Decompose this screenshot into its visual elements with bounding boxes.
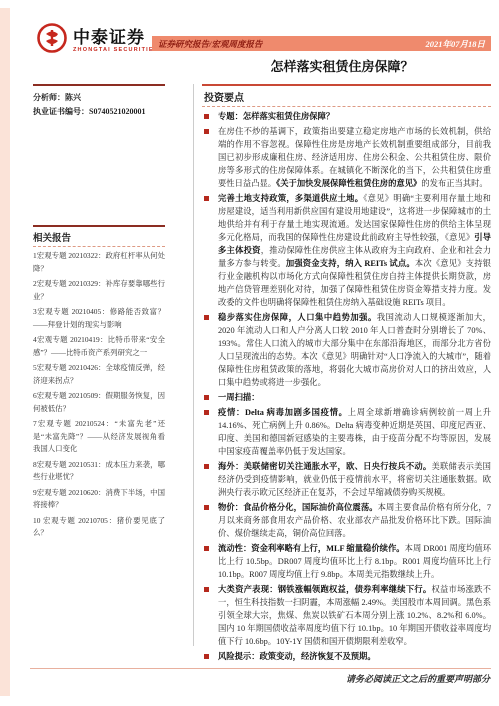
bullet-item: 完善土地支持政策，多渠道供应土地。《意见》明确“主要利用存量土地和房屋建设，适当… — [202, 192, 491, 309]
bullet-text: 海外：美联储密切关注通胀水平，欧、日央行按兵不动。美联储表示美国经济仍受到疫情影… — [218, 460, 491, 499]
related-report-item: 9宏观专题 20210620：消费下半场，中国将接棒？ — [33, 487, 165, 512]
analyst-block: 分析师：陈兴 执业证书编号：S0740521020001 — [33, 91, 165, 119]
bullet-square-icon — [204, 196, 209, 201]
bullet-square-icon — [204, 114, 209, 119]
bullet-square-icon — [204, 315, 209, 320]
footer-disclaimer: 请务必阅读正文之后的重要声明部分 — [346, 672, 490, 685]
bullet-item: 大类资产表现：钢铁涨幅领跑权益，债券利率继续下行。权益市场涨跌不一，恒生科技指数… — [202, 583, 491, 648]
related-reports-title: 相关报告 — [33, 227, 165, 246]
cert-row: 执业证书编号：S0740521020001 — [33, 105, 165, 119]
related-reports-section: 相关报告 1宏观专题 20210322：政府杠杆率从何处降？2宏观专题 2021… — [33, 225, 165, 540]
related-report-item: 3宏观专题 20210405：修路能否致富？——拜登计划的现实与影响 — [33, 306, 165, 331]
sidebar-top-rule — [33, 84, 165, 86]
related-report-item: 8宏观专题 20210531：成本压力来袭，哪些行业堪忧？ — [33, 459, 165, 484]
bullet-item: 一周扫描： — [202, 391, 491, 404]
report-date: 2021年07月18日 — [425, 38, 485, 50]
bullet-text: 完善土地支持政策，多渠道供应土地。《意见》明确“主要利用存量土地和房屋建设，适当… — [218, 192, 491, 309]
report-type-banner: 证券研究报告/宏观周度报告 2021年07月18日 — [152, 36, 491, 51]
sidebar: 分析师：陈兴 执业证书编号：S0740521020001 相关报告 1宏观专题 … — [33, 84, 165, 540]
bullet-item: 稳步落实住房保障，人口集中趋势加强。我国流动人口规模逐渐加大，2020 年流动人… — [202, 311, 491, 389]
bullet-square-icon — [204, 410, 209, 415]
report-title: 怎样落实租赁住房保障？ — [193, 56, 491, 75]
bullet-list: 专题：怎样落实租赁住房保障？在房住不炒的基调下，政策指出要建立稳定房地产市场的长… — [202, 110, 491, 663]
main-dashed-rule — [202, 106, 491, 107]
bullet-square-icon — [204, 654, 209, 659]
bullet-square-icon — [204, 464, 209, 469]
column-divider — [193, 84, 194, 646]
related-report-item: 5宏观专题 20210426：全球疫情反弹，经济迎来拐点？ — [33, 362, 165, 387]
bullet-item: 专题：怎样落实租赁住房保障？ — [202, 110, 491, 123]
related-report-item: 10 宏观专题 20210705：猪价要见底了么？ — [33, 515, 165, 540]
related-reports-list: 1宏观专题 20210322：政府杠杆率从何处降？2宏观专题 20210329：… — [33, 250, 165, 540]
brand-name-en: ZHONGTAI SECURITIES — [73, 47, 159, 53]
related-report-item: 2宏观专题 20210329：补库存要靠哪些行业？ — [33, 278, 165, 303]
bullet-item: 海外：美联储密切关注通胀水平，欧、日央行按兵不动。美联储表示美国经济仍受到疫情影… — [202, 460, 491, 499]
bullet-square-icon — [204, 587, 209, 592]
bullet-text: 物价：食品价格分化，国际油价高位震荡。本周主要食品价格有所分化，7 月以来商务部… — [218, 501, 491, 540]
bullet-square-icon — [204, 395, 209, 400]
bullet-text: 稳步落实住房保障，人口集中趋势加强。我国流动人口规模逐渐加大，2020 年流动人… — [218, 311, 491, 389]
brand-header: 中泰证券 ZHONGTAI SECURITIES — [36, 22, 159, 59]
brand-name-cn: 中泰证券 — [73, 29, 159, 47]
related-report-item: 6宏观专题 20210509：假期服务恢复，因何被低估？ — [33, 390, 165, 415]
related-report-item: 4宏观专题 20210419：比特币带来“安全感”？——比特币资产系列研究之一 — [33, 334, 165, 359]
bullet-text: 一周扫描： — [218, 391, 491, 404]
bullet-square-icon — [204, 505, 209, 510]
bullet-item: 疫情：Delta 病毒加剧多国疫情。上周全球新增确诊病例较前一周上升 14.16… — [202, 406, 491, 458]
analyst-row: 分析师：陈兴 — [33, 91, 165, 105]
related-report-item: 1宏观专题 20210322：政府杠杆率从何处降？ — [33, 250, 165, 275]
zhongtai-logo-icon — [36, 22, 68, 59]
bullet-text: 在房住不炒的基调下，政策指出要建立稳定房地产市场的长效机制，供给端的作用不容忽视… — [218, 125, 491, 190]
bullet-square-icon — [204, 546, 209, 551]
bullet-item: 流动性：资金利率略有上行，MLF 缩量稳价续作。本周 DR001 周度均值环比上… — [202, 542, 491, 581]
section-title: 投资要点 — [202, 86, 491, 106]
bullet-text: 大类资产表现：钢铁涨幅领跑权益，债券利率继续下行。权益市场涨跌不一，恒生科技指数… — [218, 583, 491, 648]
bullet-item: 风险提示：政策变动，经济恢复不及预期。 — [202, 650, 491, 663]
related-report-item: 7宏观专题 20210524：“未富先老”还是“未富先降”？——从经济发展视角看… — [33, 418, 165, 456]
main-content: 投资要点 专题：怎样落实租赁住房保障？在房住不炒的基调下，政策指出要建立稳定房地… — [202, 84, 491, 663]
bullet-text: 流动性：资金利率略有上行，MLF 缩量稳价续作。本周 DR001 周度均值环比上… — [218, 542, 491, 581]
bullet-square-icon — [204, 129, 209, 134]
bullet-text: 疫情：Delta 病毒加剧多国疫情。上周全球新增确诊病例较前一周上升 14.16… — [218, 406, 491, 458]
bullet-item: 在房住不炒的基调下，政策指出要建立稳定房地产市场的长效机制，供给端的作用不容忽视… — [202, 125, 491, 190]
bullet-text: 风险提示：政策变动，经济恢复不及预期。 — [218, 650, 491, 663]
bullet-item: 物价：食品价格分化，国际油价高位震荡。本周主要食品价格有所分化，7 月以来商务部… — [202, 501, 491, 540]
footer-rule — [30, 668, 491, 669]
page-margin-stripe — [0, 8, 10, 696]
related-dashed-rule — [33, 246, 165, 247]
bullet-text: 专题：怎样落实租赁住房保障？ — [218, 110, 491, 123]
report-type-label: 证券研究报告/宏观周度报告 — [158, 38, 262, 50]
